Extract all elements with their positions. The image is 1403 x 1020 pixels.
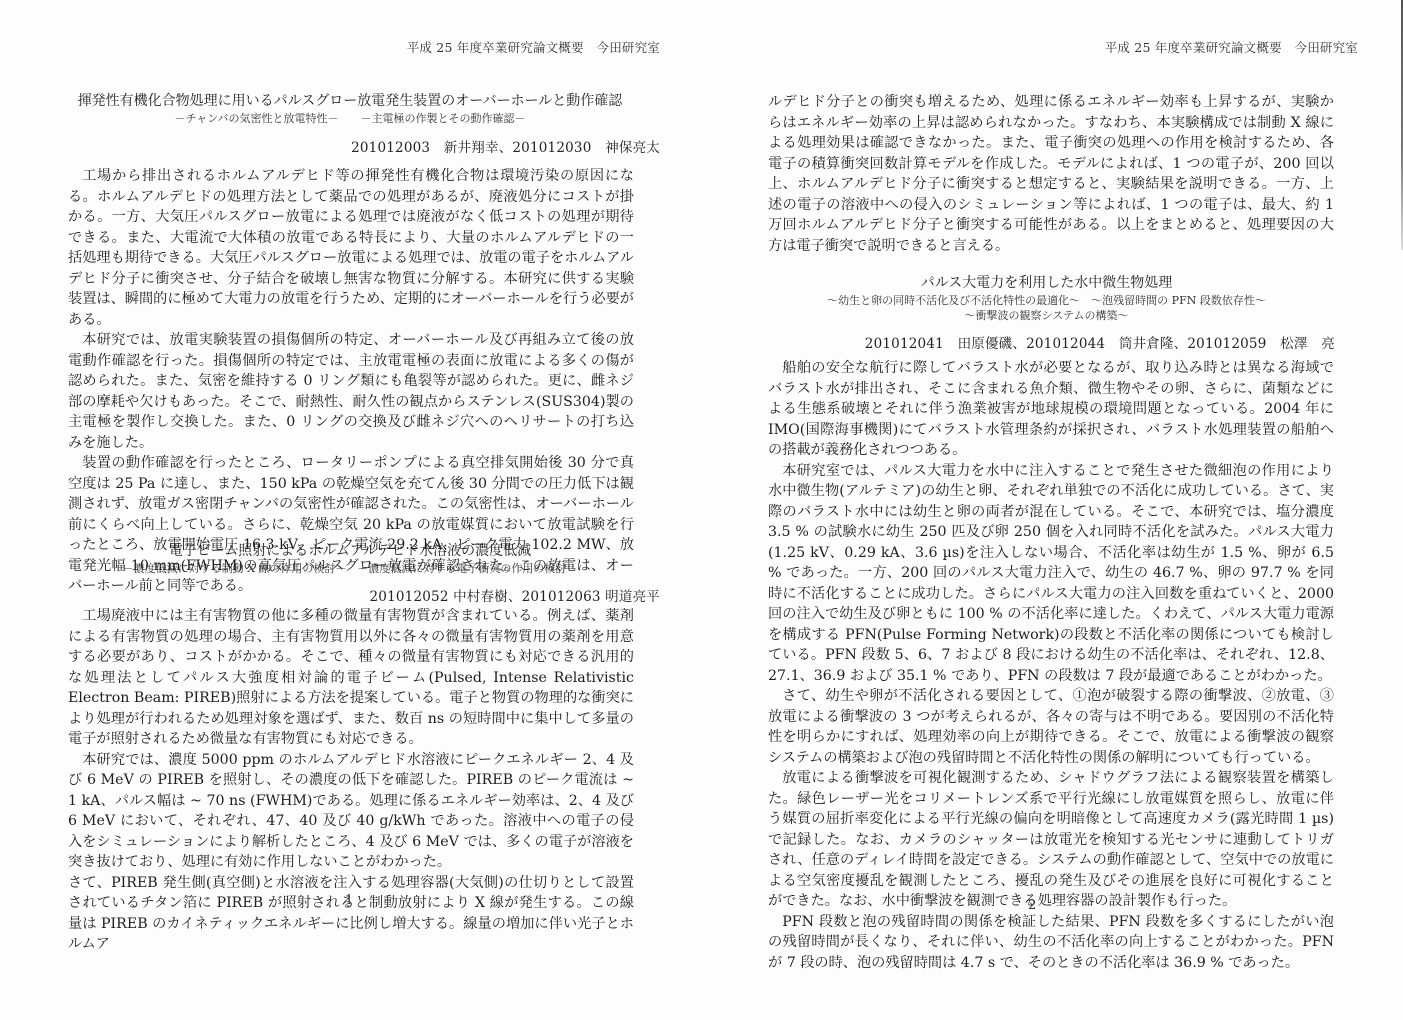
section-title: 電子ビーム照射によるホルムアルデヒド水溶液の濃度低減 — [10, 540, 690, 560]
document-spread: 平成 25 年度卒業研究論文概要 今田研究室 揮発性有機化合物処理に用いるパルス… — [0, 0, 1403, 1020]
page-number: 2 — [1028, 898, 1036, 913]
body-paragraph: 本研究室では、パルス大電力を水中に注入することで発生させた微細泡の作用により水中… — [768, 461, 1334, 687]
body-paragraph: 本研究では、放電実験装置の損傷個所の特定、オーバーホール及び再組み立て後の放電動… — [68, 330, 634, 453]
section-body: 工場から排出されるホルムアルデヒド等の揮発性有機化合物は環境汚染の原因になる。ホ… — [68, 166, 634, 597]
page-2: 平成 25 年度卒業研究論文概要 今田研究室 ルデヒド分子との衝突も増えるため、… — [700, 0, 1403, 1020]
continuation-body: ルデヒド分子との衝突も増えるため、処理に係るエネルギー効率も上昇するが、実験から… — [768, 92, 1334, 256]
section-title: 揮発性有機化合物処理に用いるパルスグロー放電発生装置のオーバーホールと動作確認 — [10, 90, 690, 110]
body-paragraph: さて、幼生や卵が不活化される要因として、①泡が破裂する際の衝撃波、②放電、③放電… — [768, 686, 1334, 768]
body-paragraph: 工場廃液中には主有害物質の他に多種の微量有害物質が含まれている。例えば、薬剤によ… — [68, 606, 634, 750]
body-paragraph: 船舶の安全な航行に際してバラスト水が必要となるが、取り込み時とは異なる海域でバラ… — [768, 358, 1334, 461]
body-paragraph: 本研究では、濃度 5000 ppm のホルムアルデヒド水溶液にピークエネルギー … — [68, 750, 634, 873]
section-subtitle: －チャンバの気密性と放電特性－ －主電極の作製とその動作確認－ — [10, 110, 690, 126]
section-body: 船舶の安全な航行に際してバラスト水が必要となるが、取り込み時とは異なる海域でバラ… — [768, 358, 1334, 973]
running-header: 平成 25 年度卒業研究論文概要 今田研究室 — [1105, 38, 1358, 56]
section-subtitle-2: ～衝撃波の観察システムの構築～ — [710, 307, 1383, 323]
section-authors: 201012003 新井翔幸、201012030 神保亮太 — [351, 136, 660, 156]
section-title: パルス大電力を利用した水中微生物処理 — [710, 272, 1383, 292]
body-paragraph: 工場から排出されるホルムアルデヒド等の揮発性有機化合物は環境汚染の原因になる。ホ… — [68, 166, 634, 330]
section-subtitle: －濃度低減に対する制動 X 線の作用の検討－ －濃度低減に対する電子衝突の作用の… — [10, 560, 690, 576]
page-number: 1 — [345, 893, 353, 908]
body-paragraph: 放電による衝撃波を可視化観測するため、シャドウグラフ法による観察装置を構築した。… — [768, 768, 1334, 912]
running-header: 平成 25 年度卒業研究論文概要 今田研究室 — [407, 38, 660, 56]
body-paragraph: ルデヒド分子との衝突も増えるため、処理に係るエネルギー効率も上昇するが、実験から… — [768, 92, 1334, 256]
body-paragraph: さて、PIREB 発生側(真空側)と水溶液を注入する処理容器(大気側)の仕切りと… — [68, 873, 634, 955]
section-subtitle: ～幼生と卵の同時不活化及び不活化特性の最適化～ ～泡残留時間の PFN 段数依存… — [710, 292, 1383, 308]
section-authors: 201012041 田原優磯、201012044 筒井倉隆、201012059 … — [865, 332, 1335, 352]
page-1: 平成 25 年度卒業研究論文概要 今田研究室 揮発性有機化合物処理に用いるパルス… — [0, 0, 700, 1020]
body-paragraph: PFN 段数と泡の残留時間の関係を検証した結果、PFN 段数を多くするにしたがい… — [768, 912, 1334, 974]
section-authors: 201012052 中村春樹、201012063 明道亮平 — [370, 585, 661, 605]
